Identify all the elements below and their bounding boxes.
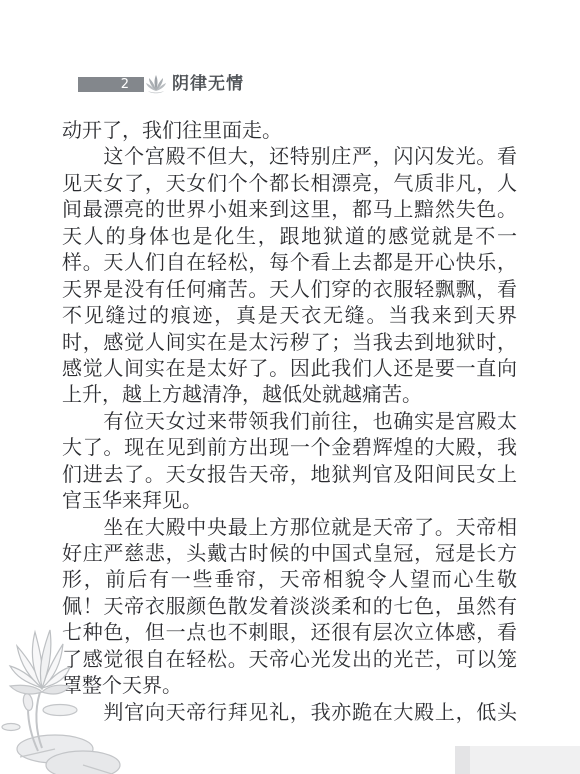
text-line: 这个宫殿不但大，还特别庄严，闪闪发光。看 [62, 143, 517, 169]
text-line: 感觉人间实在是太好了。因此我们人还是要一直向 [62, 355, 517, 381]
text-line: 间最漂亮的世界小姐来到这里，都马上黯然失色。 [62, 196, 517, 222]
bottom-right-shade-dark [455, 746, 470, 774]
text-line: 官玉华来拜见。 [62, 487, 517, 513]
text-line: 时，感觉人间实在是太污秽了；当我去到地狱时， [62, 329, 517, 355]
page-number-bar: 2 [78, 77, 144, 92]
text-line: 七种色，但一点也不刺眼，还很有层次立体感，看 [62, 619, 517, 645]
text-line: 形，前后有一些垂帘，天帝相貌令人望而心生敬 [62, 566, 517, 592]
book-page: 2 阴律无情 动开了，我们往里面走。 这个宫殿不但大，还特别庄严，闪闪发光。看见… [0, 0, 580, 774]
text-line: 动开了，我们往里面走。 [62, 117, 517, 143]
lotus-flower-icon [146, 74, 166, 95]
text-line: 罩整个天界。 [62, 672, 517, 698]
text-line: 有位天女过来带领我们前往，也确实是宫殿太 [62, 408, 517, 434]
text-line: 好庄严慈悲，头戴古时候的中国式皇冠，冠是长方 [62, 540, 517, 566]
corner-lotus-illustration-icon [0, 608, 130, 774]
running-book-title: 阴律无情 [172, 74, 244, 94]
bottom-right-shade [455, 746, 580, 774]
text-line: 样。天人们自在轻松，每个看上去都是开心快乐， [62, 249, 517, 275]
text-line: 们进去了。天女报告天帝，地狱判官及阳间民女上 [62, 461, 517, 487]
body-text: 动开了，我们往里面走。 这个宫殿不但大，还特别庄严，闪闪发光。看见天女了，天女们… [62, 117, 517, 725]
text-line: 天界是没有任何痛苦。天人们穿的衣服轻飘飘，看 [62, 276, 517, 302]
text-line: 大了。现在见到前方出现一个金碧辉煌的大殿，我 [62, 434, 517, 460]
text-line: 判官向天帝行拜见礼，我亦跪在大殿上，低头 [62, 699, 517, 725]
text-line: 上升，越上方越清净，越低处就越痛苦。 [62, 381, 517, 407]
text-line: 佩！天帝衣服颜色散发着淡淡柔和的七色，虽然有 [62, 593, 517, 619]
text-line: 不见缝过的痕迹，真是天衣无缝。当我来到天界 [62, 302, 517, 328]
text-line: 见天女了，天女们个个都长相漂亮，气质非凡，人 [62, 170, 517, 196]
page-number: 2 [121, 77, 129, 92]
text-line: 坐在大殿中央最上方那位就是天帝了。天帝相 [62, 514, 517, 540]
text-line: 了感觉很自在轻松。天帝心光发出的光芒，可以笼 [62, 646, 517, 672]
text-line: 天人的身体也是化生，跟地狱道的感觉就是不一 [62, 223, 517, 249]
